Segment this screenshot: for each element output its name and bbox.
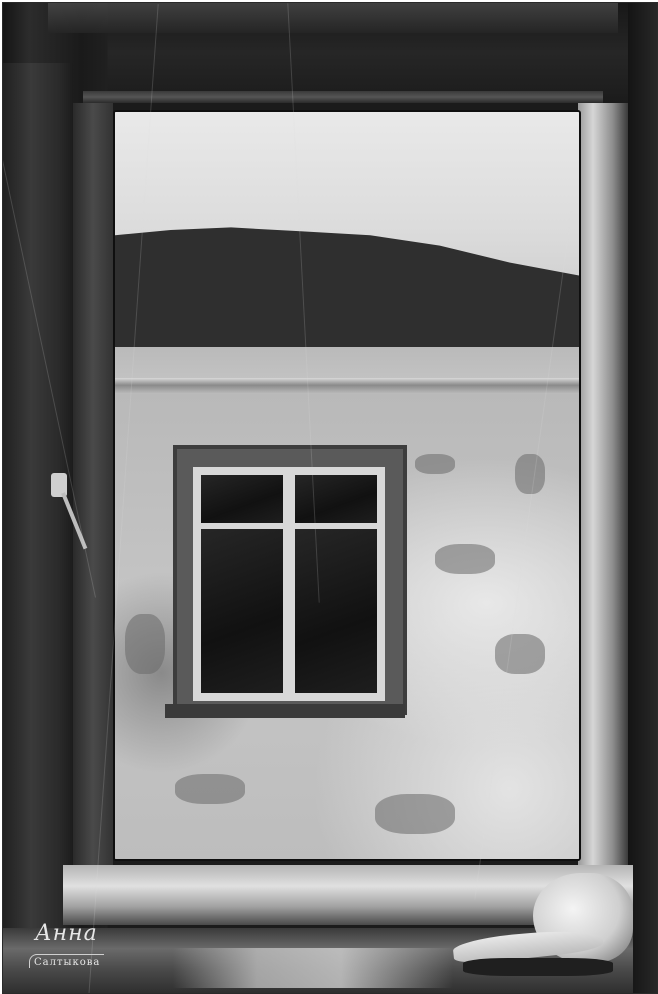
peeling-plaster [375,794,455,834]
peeling-plaster [125,614,165,674]
left-window-post [73,103,113,883]
window-glass [201,475,283,523]
peeling-plaster [175,774,245,804]
peeling-plaster [495,634,545,674]
window-glass [201,529,283,693]
building-window-frame [193,467,385,701]
watermark-first-name: Анна [35,921,98,946]
top-beam [48,3,618,33]
photograph: Анна Салтыкова [2,2,658,994]
peeling-plaster [435,544,495,574]
cloth-shadow [463,958,613,976]
window-pane-view [113,110,581,861]
cornice [115,378,579,394]
right-window-post [578,103,628,883]
left-wall [3,63,73,963]
building-window [173,445,407,715]
right-wall [628,3,658,994]
cloth-on-sill [443,863,643,983]
photographer-watermark: Анна Салтыкова [29,921,109,976]
light-patch [173,948,453,988]
window-glass [295,475,377,523]
peeling-plaster [415,454,455,474]
top-window-rail [83,91,603,103]
watermark-last-name: Салтыкова [29,954,104,968]
window-glass [295,529,377,693]
peeling-plaster [515,454,545,494]
building-window-sill [165,704,405,718]
